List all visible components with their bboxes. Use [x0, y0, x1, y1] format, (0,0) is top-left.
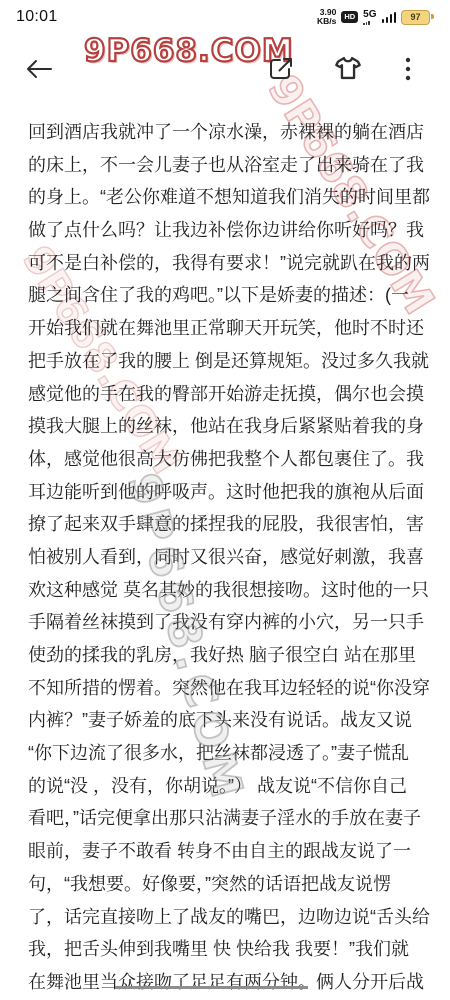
text-line: 使劲的揉我的乳房，我好热 脑子很空白 站在那里 — [28, 639, 424, 672]
text-line: 可不是白补偿的，我得有要求！”说完就趴在我的两 — [28, 247, 424, 280]
text-line: 眼前，妻子不敢看 转身不由自主的跟战友说了一 — [28, 835, 424, 868]
tshirt-icon — [333, 54, 363, 85]
novel-text: 回到酒店我就冲了一个凉水澡，赤裸裸的躺在酒店的床上，不一会儿妻子也从浴室走了出来… — [28, 116, 424, 999]
text-line: 把手放在了我的腰上 倒是还算规矩。没过多久我就 — [28, 345, 424, 378]
hd-badge: HD — [341, 11, 358, 23]
text-line: 腿之间含住了我的鸡吧。”以下是娇妻的描述：(一 — [28, 279, 424, 312]
sim2-signal-icon — [363, 21, 370, 25]
text-line: “你下边流了很多水，把丝袜都浸透了。”妻子慌乱 — [28, 737, 424, 770]
site-watermark-header: 9P668.COM — [84, 33, 294, 69]
battery-indicator: 97 — [401, 10, 430, 25]
text-line: 我，把舌头伸到我嘴里 快 快给我 我要！”我们就 — [28, 933, 424, 966]
text-line: 撩了起来双手肆意的揉捏我的屁股，我很害怕，害 — [28, 508, 424, 541]
kebab-vertical-icon — [405, 57, 411, 84]
text-line: 内裤？”妻子娇羞的底下头来没有说话。战友又说 — [28, 704, 424, 737]
theme-skin-button[interactable] — [331, 52, 365, 86]
arrow-left-icon — [24, 57, 54, 84]
network-type: 5G — [363, 10, 376, 25]
text-line: 句，“我想要。好像要，”突然的话语把战友说愣 — [28, 868, 424, 901]
network-speed-unit: KB/s — [317, 17, 336, 26]
text-line: 感觉他的手在我的臀部开始游走抚摸，偶尔也会摸 — [28, 378, 424, 411]
text-line: 的床上，不一会儿妻子也从浴室走了出来骑在了我 — [28, 149, 424, 182]
text-line: 耳边能听到他的呼吸声。这时他把我的旗袍从后面 — [28, 476, 424, 509]
text-line: 的说“没 ，没有，你胡说。”） 战友说“不信你自己 — [28, 770, 424, 803]
network-type-label: 5G — [363, 10, 376, 20]
text-line: 了，话完直接吻上了战友的嘴巴，边吻边说“舌头给 — [28, 901, 424, 934]
clock: 10:01 — [16, 8, 58, 26]
signal-bars-icon — [382, 12, 397, 23]
menu-button[interactable] — [391, 53, 425, 87]
text-line: 在舞池里当众接吻了足足有两分钟。俩人分开后战 — [28, 966, 424, 999]
text-line: 回到酒店我就冲了一个凉水澡，赤裸裸的躺在酒店 — [28, 116, 424, 149]
text-line: 看吧，”话完便拿出那只沾满妻子淫水的手放在妻子 — [28, 802, 424, 835]
text-line: 的身上。“老公你难道不想知道我们消失的时间里都 — [28, 181, 424, 214]
text-line: 手隔着丝袜摸到了我没有穿内裤的小穴，另一只手 — [28, 606, 424, 639]
strikethrough-line — [115, 986, 308, 989]
battery-percent: 97 — [410, 13, 420, 22]
text-line: 不知所措的愣着。突然他在我耳边轻轻的说“你没穿 — [28, 672, 424, 705]
back-button[interactable] — [22, 53, 56, 87]
text-line: 开始我们就在舞池里正常聊天开玩笑，他时不时还 — [28, 312, 424, 345]
share-button[interactable] — [264, 53, 298, 87]
text-line: 体，感觉他很高大仿佛把我整个人都包裹住了。我 — [28, 443, 424, 476]
share-external-icon — [267, 55, 295, 86]
text-line: 欢这种感觉 莫名其妙的我很想接吻。这时他的一只 — [28, 574, 424, 607]
reader-screen: 10:01 3.90 KB/s HD 5G 97 9P668.COM — [0, 0, 450, 1000]
text-line: 摸我大腿上的丝袜，他站在我身后紧紧贴着我的身 — [28, 410, 424, 443]
status-indicators: 3.90 KB/s HD 5G 97 — [317, 8, 434, 27]
text-line: 做了点什么吗？让我边补偿你边讲给你听好吗？我 — [28, 214, 424, 247]
text-line: 怕被别人看到，同时又很兴奋，感觉好刺激，我喜 — [28, 541, 424, 574]
network-speed: 3.90 KB/s — [317, 8, 336, 27]
status-bar: 10:01 3.90 KB/s HD 5G 97 — [0, 0, 450, 34]
